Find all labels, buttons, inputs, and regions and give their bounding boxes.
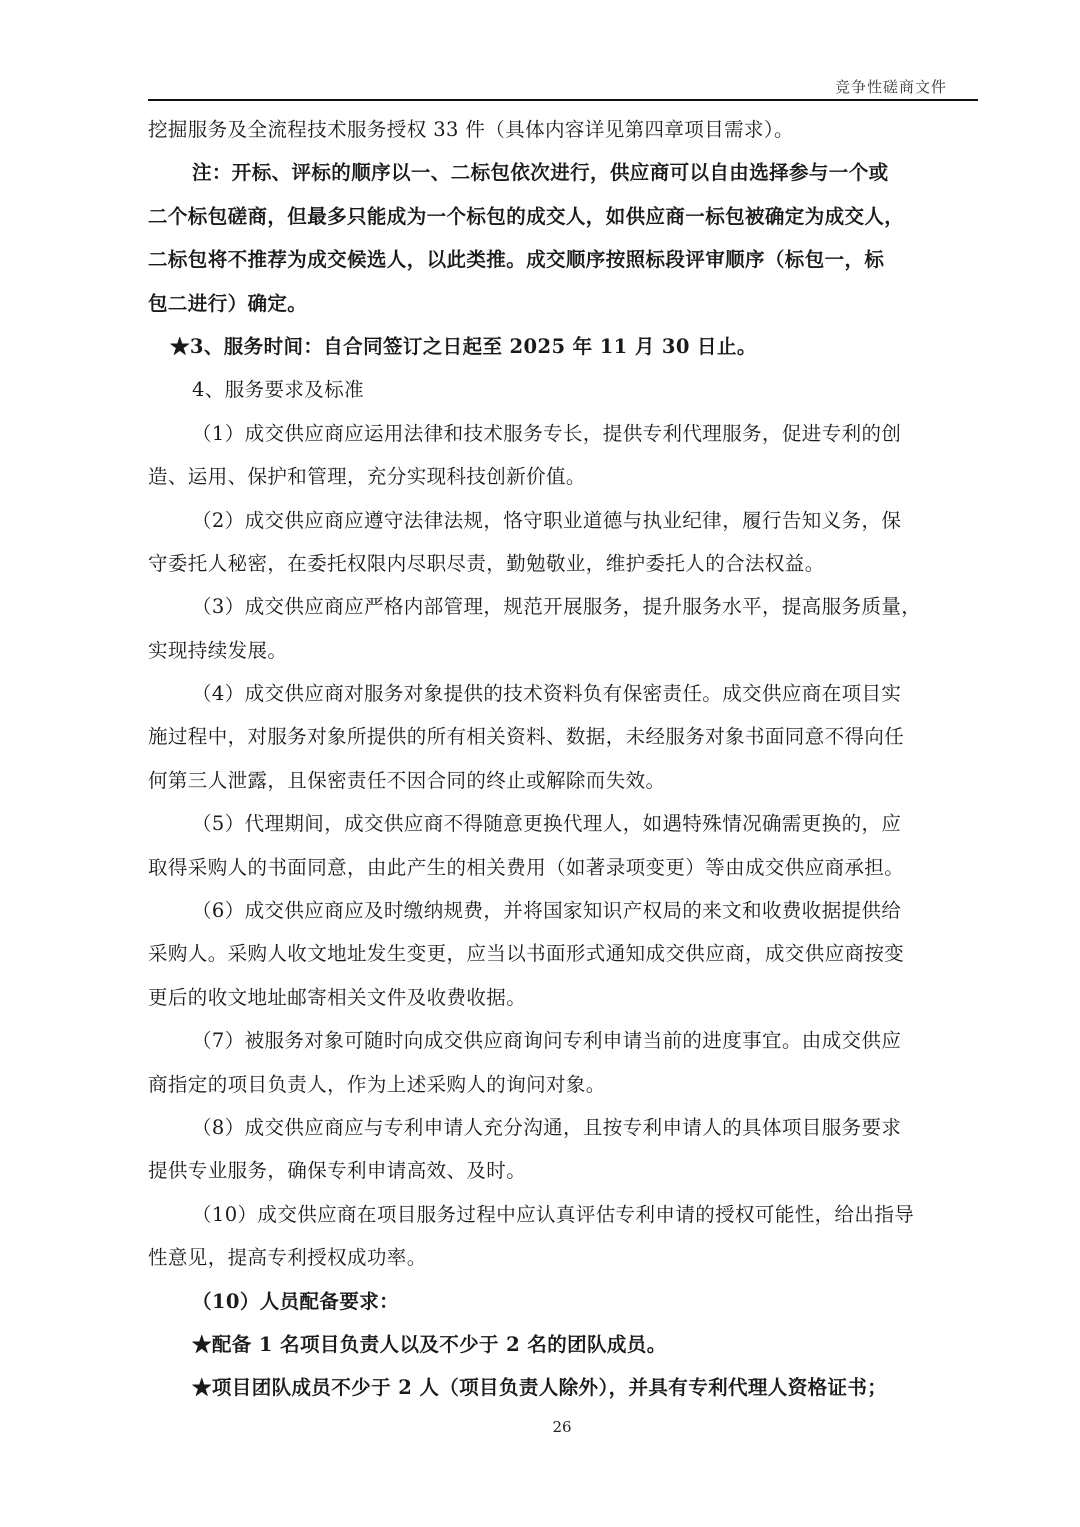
note-line: 包二进行）确定。 xyxy=(148,288,978,331)
note-line: 注：开标、评标的顺序以一、二标包依次进行，供应商可以自由选择参与一个或 xyxy=(148,157,978,200)
page-header-title: 竞争性磋商文件 xyxy=(835,76,947,97)
note-line: 二个标包磋商，但最多只能成为一个标包的成交人，如供应商一标包被确定为成交人， xyxy=(148,201,978,244)
requirement-item-6-cont: 更后的收文地址邮寄相关文件及收费收据。 xyxy=(148,982,978,1025)
requirement-item-2: （2）成交供应商应遵守法律法规，恪守职业道德与执业纪律，履行告知义务，保 xyxy=(148,505,978,548)
requirement-item-4: （4）成交供应商对服务对象提供的技术资料负有保密责任。成交供应商在项目实 xyxy=(148,678,978,721)
text-line: 挖掘服务及全流程技术服务授权 33 件（具体内容详见第四章项目需求）。 xyxy=(148,114,978,157)
requirement-item-7: （7）被服务对象可随时向成交供应商询问专利申请当前的进度事宜。由成交供应 xyxy=(148,1025,978,1068)
note-line: 二标包将不推荐为成交候选人，以此类推。成交顺序按照标段评审顺序（标包一，标 xyxy=(148,244,978,287)
requirement-item-8-cont: 提供专业服务，确保专利申请高效、及时。 xyxy=(148,1155,978,1198)
requirement-item-5: （5）代理期间，成交供应商不得随意更换代理人，如遇特殊情况确需更换的，应 xyxy=(148,808,978,851)
document-body: 挖掘服务及全流程技术服务授权 33 件（具体内容详见第四章项目需求）。 注：开标… xyxy=(148,114,978,1416)
requirement-item-7-cont: 商指定的项目负责人，作为上述采购人的询问对象。 xyxy=(148,1069,978,1112)
requirement-item-3: （3）成交供应商应严格内部管理，规范开展服务，提升服务水平，提高服务质量， xyxy=(148,591,978,634)
staffing-requirement-2: ★项目团队成员不少于 2 人（项目负责人除外），并具有专利代理人资格证书； xyxy=(148,1372,978,1415)
requirement-item-6: （6）成交供应商应及时缴纳规费，并将国家知识产权局的来文和收费收据提供给 xyxy=(148,895,978,938)
requirement-item-1-cont: 造、运用、保护和管理，充分实现科技创新价值。 xyxy=(148,461,978,504)
page-number: 26 xyxy=(0,1418,1080,1436)
requirement-item-1: （1）成交供应商应运用法律和技术服务专长，提供专利代理服务，促进专利的创 xyxy=(148,418,978,461)
section-heading: 4、服务要求及标准 xyxy=(148,374,978,417)
requirement-item-3-cont: 实现持续发展。 xyxy=(148,635,978,678)
requirement-item-5-cont: 取得采购人的书面同意，由此产生的相关费用（如著录项变更）等由成交供应商承担。 xyxy=(148,852,978,895)
service-time-line: ★3、服务时间：自合同签订之日起至 2025 年 11 月 30 日止。 xyxy=(148,331,978,374)
staffing-requirement-1: ★配备 1 名项目负责人以及不少于 2 名的团队成员。 xyxy=(148,1329,978,1372)
requirement-item-6-cont: 采购人。采购人收文地址发生变更，应当以书面形式通知成交供应商，成交供应商按变 xyxy=(148,938,978,981)
requirement-item-10: （10）成交供应商在项目服务过程中应认真评估专利申请的授权可能性，给出指导 xyxy=(148,1199,978,1242)
requirement-item-4-cont: 施过程中，对服务对象所提供的所有相关资料、数据，未经服务对象书面同意不得向任 xyxy=(148,721,978,764)
requirement-item-8: （8）成交供应商应与专利申请人充分沟通，且按专利申请人的具体项目服务要求 xyxy=(148,1112,978,1155)
header-divider xyxy=(148,99,978,101)
requirement-item-10-cont: 性意见，提高专利授权成功率。 xyxy=(148,1242,978,1285)
requirement-item-2-cont: 守委托人秘密，在委托权限内尽职尽责，勤勉敬业，维护委托人的合法权益。 xyxy=(148,548,978,591)
requirement-item-4-cont: 何第三人泄露，且保密责任不因合同的终止或解除而失效。 xyxy=(148,765,978,808)
staffing-heading: （10）人员配备要求： xyxy=(148,1286,978,1329)
